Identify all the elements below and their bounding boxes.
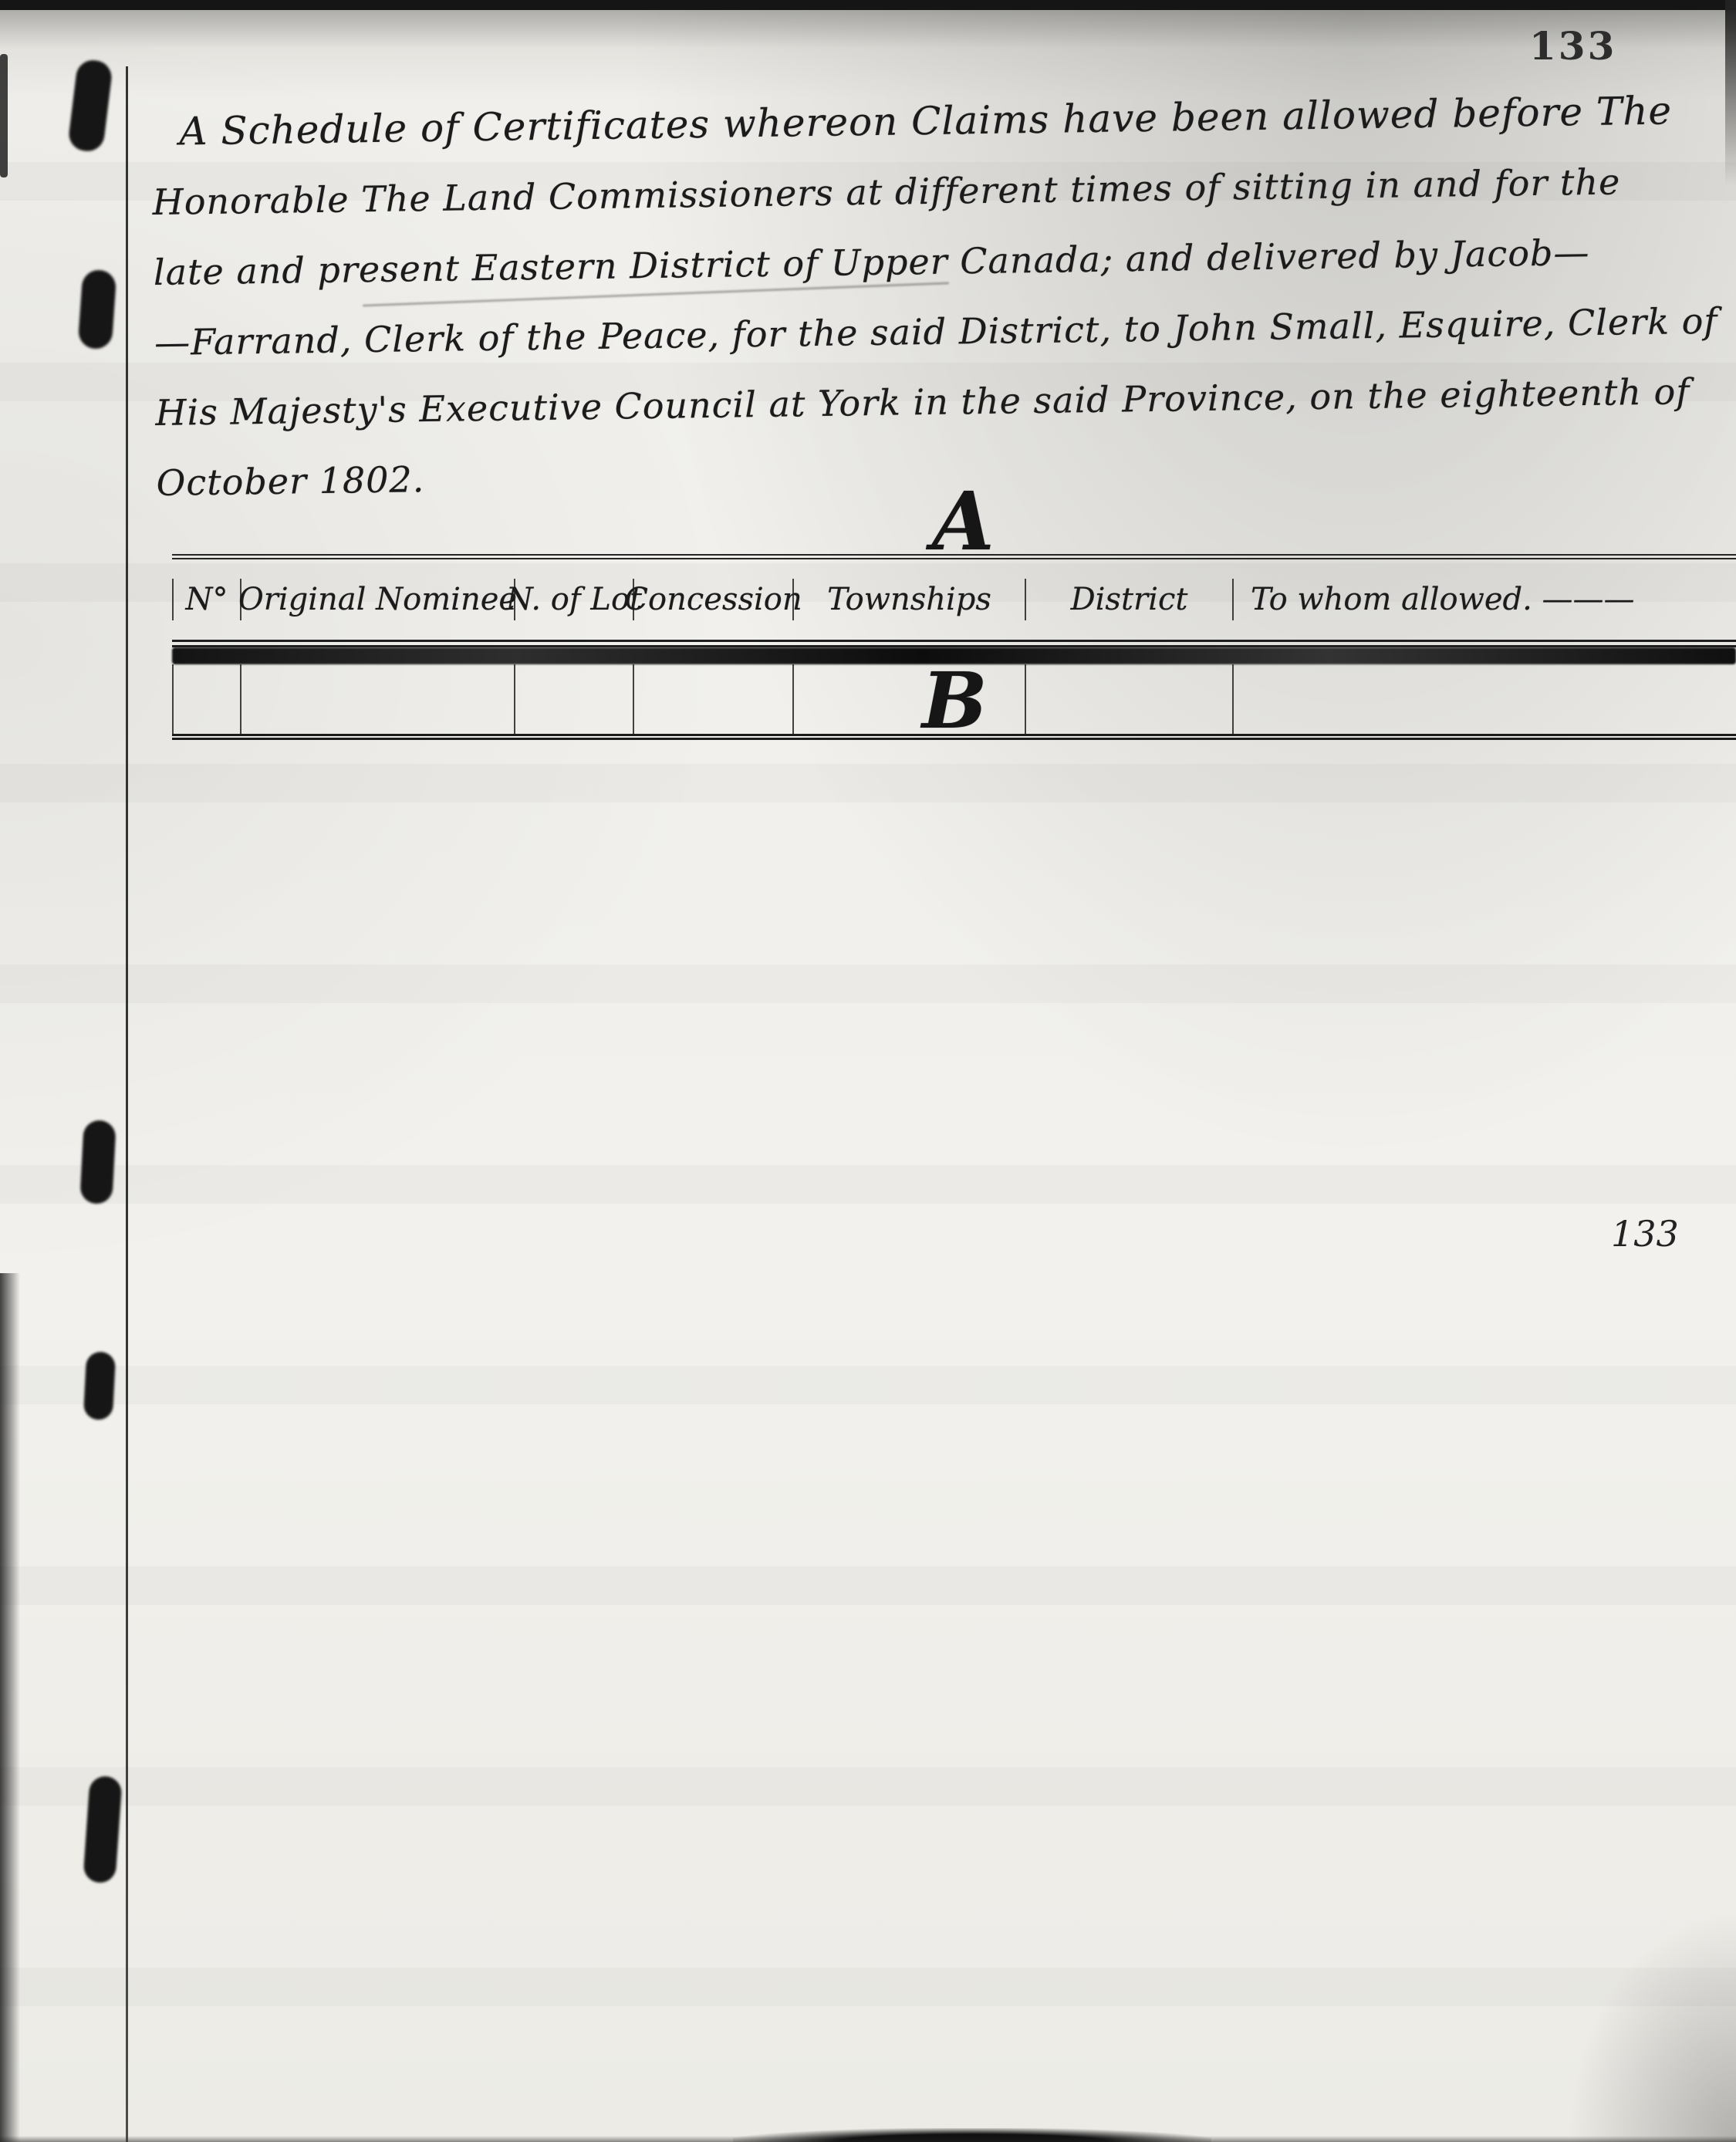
scan-edge-right xyxy=(1725,0,1736,185)
section-b-label: B xyxy=(922,655,988,746)
column-header: Original Nominee xyxy=(240,579,514,620)
heading-line: —Farrand, Clerk of the Peace, for the sa… xyxy=(154,301,1728,361)
scan-edge-top xyxy=(0,0,1736,10)
heading-line: A Schedule of Certificates whereon Claim… xyxy=(151,91,1725,151)
binding-hole xyxy=(77,269,117,350)
column-header: N° xyxy=(172,579,240,620)
column-header: Concession xyxy=(633,579,792,620)
scan-edge-left-mark xyxy=(0,54,8,177)
heading-line: late and present Eastern District of Upp… xyxy=(154,231,1728,291)
scan-edge-top-shadow xyxy=(0,10,1736,49)
page-left-rule xyxy=(126,66,128,2142)
margin-note: 133 xyxy=(1611,1213,1679,1255)
document-heading: A Schedule of Certificates whereon Claim… xyxy=(151,91,1731,534)
heading-line: Honorable The Land Commissioners at diff… xyxy=(152,161,1726,221)
scanned-document-page: 133 133 A Schedule of Certificates where… xyxy=(0,0,1736,2142)
column-header: To whom allowed. ——— xyxy=(1232,579,1736,620)
binding-hole xyxy=(79,1120,117,1204)
page-number: 133 xyxy=(1529,23,1616,69)
binding-hole xyxy=(67,59,113,154)
section-b-header: B xyxy=(172,664,1736,740)
column-header: N. of Lot xyxy=(514,579,633,620)
binding-hole xyxy=(83,1351,117,1421)
scan-edge-bottom xyxy=(0,2136,1736,2142)
column-header: District xyxy=(1025,579,1232,620)
binding-hole xyxy=(83,1775,123,1884)
column-header: Townships xyxy=(792,579,1025,620)
table-header-row: N°Original NomineeN. of LotConcessionTow… xyxy=(172,554,1736,647)
scan-edge-left xyxy=(0,1273,20,2142)
schedule-table: N°Original NomineeN. of LotConcessionTow… xyxy=(172,554,1736,740)
scan-corner-shadow xyxy=(1566,1911,1736,2142)
heading-line: His Majesty's Executive Council at York … xyxy=(155,371,1729,431)
